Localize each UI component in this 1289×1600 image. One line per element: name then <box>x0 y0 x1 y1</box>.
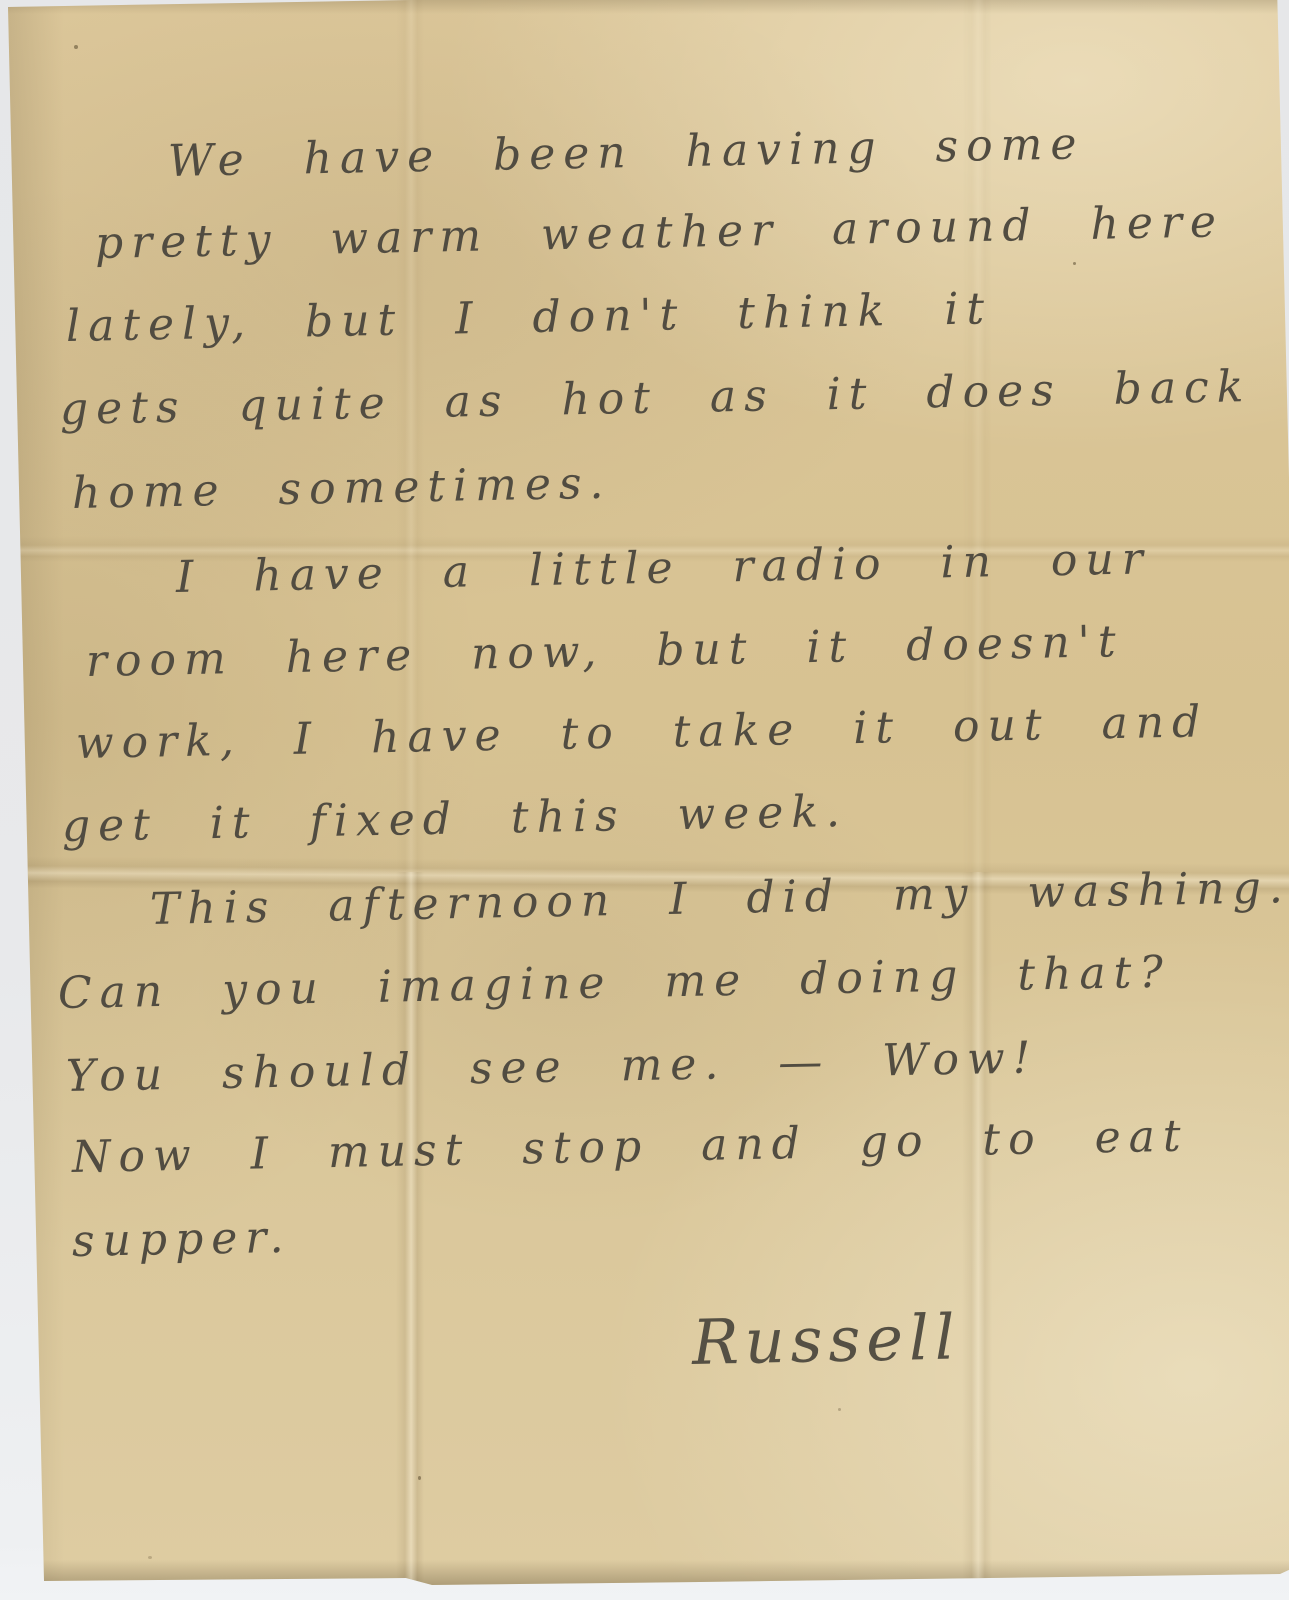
letter-paper: We have been having some pretty warm wea… <box>0 0 1289 1600</box>
scan-background: We have been having some pretty warm wea… <box>0 0 1289 1600</box>
signature: Russell <box>691 1306 961 1374</box>
paper-speck <box>838 1408 841 1411</box>
paper-speck <box>74 45 78 49</box>
letter-line-4: gets quite as hot as it does back <box>60 365 1252 432</box>
paper-top-edge-shadow <box>0 0 1289 14</box>
paper-speck <box>418 1476 421 1480</box>
edge-tear-mark <box>6 864 22 882</box>
paper-bottom-edge-shadow <box>0 1560 1289 1586</box>
letter-line-13: Now I must stop and go to eat <box>72 1115 1189 1180</box>
letter-line-2: pretty warm weather around here <box>95 200 1225 266</box>
letter-line-1: We have been having some <box>168 122 1085 184</box>
letter-line-8: work, I have to take it out and <box>76 700 1209 766</box>
letter-line-14: supper. <box>72 1216 292 1264</box>
letter-line-9: get it fixed this week. <box>62 790 849 849</box>
paper-speck <box>1073 262 1076 265</box>
letter-line-3: lately, but I don't think it <box>66 287 993 349</box>
letter-line-12: You should see me. — Wow! <box>66 1036 1039 1099</box>
paper-speck <box>148 1556 152 1559</box>
letter-line-11: Can you imagine me doing that? <box>58 951 1172 1016</box>
letter-line-5: home sometimes. <box>72 462 612 516</box>
paper-left-edge-shadow <box>0 0 64 1600</box>
